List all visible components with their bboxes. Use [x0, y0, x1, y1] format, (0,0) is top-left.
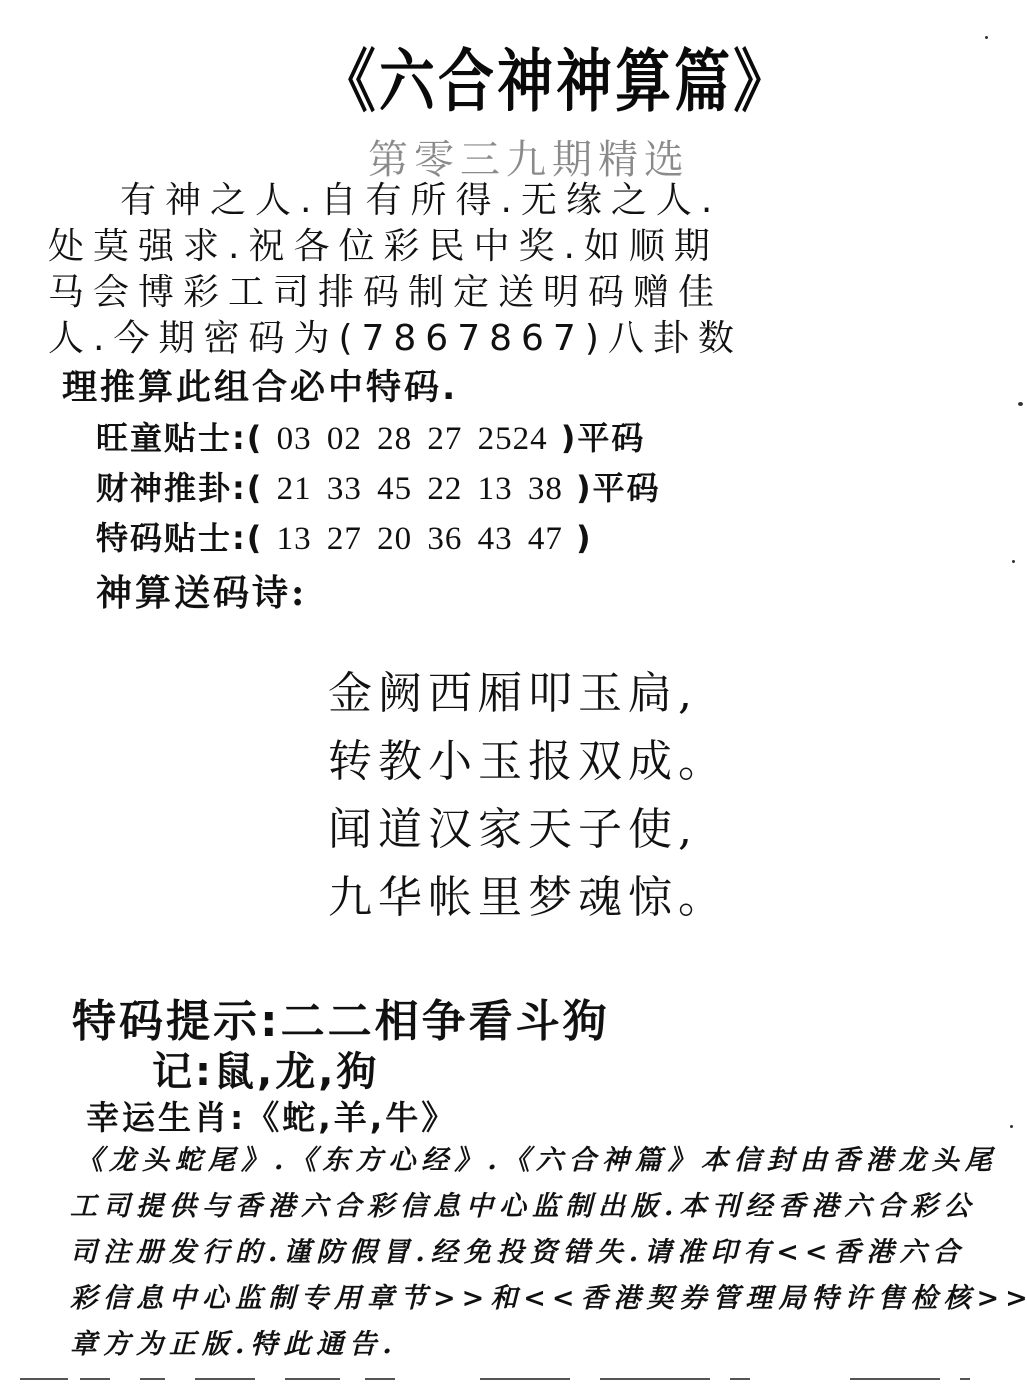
scan-artifact [600, 1378, 710, 1380]
scan-artifact [1018, 402, 1023, 406]
poem: 金阙西厢叩玉扃, 转教小玉报双成。 闻道汉家天子使, 九华帐里梦魂惊。 [328, 660, 728, 932]
poem-line: 转教小玉报双成。 [328, 728, 728, 796]
scan-artifact [80, 1378, 110, 1380]
issue-subtitle: 第零三九期精选 [368, 128, 690, 185]
scan-artifact [195, 1378, 255, 1380]
scan-artifact [365, 1378, 395, 1380]
notice-line: 司注册发行的.谨防假冒.经免投资错失.请准印有<<香港六合 [70, 1230, 1027, 1276]
scan-artifact [285, 1378, 340, 1380]
pick-suffix: ) [576, 519, 593, 557]
document-title: 《六合神神算篇》 [320, 28, 792, 125]
poem-line: 金阙西厢叩玉扃, [328, 660, 728, 728]
scan-artifact [985, 36, 988, 39]
memo-zodiacs: 记:鼠,龙,狗 [152, 1040, 379, 1097]
scan-artifact [20, 1378, 68, 1380]
pick-row: 财神推卦:( 21 33 45 22 13 38 )平码 [96, 463, 661, 509]
pick-label: 财神推卦:( [96, 469, 263, 507]
intro-line: 处莫强求.祝各位彩民中奖.如顺期 [48, 224, 743, 270]
pick-numbers: 03 02 28 27 2524 [277, 421, 548, 457]
pick-label: 旺童贴士:( [96, 419, 263, 457]
lucky-zodiacs: 幸运生肖:《蛇,羊,牛》 [86, 1092, 457, 1139]
notice-line: 章方为正版.特此通告. [70, 1322, 1027, 1368]
pick-row: 旺童贴士:( 03 02 28 27 2524 )平码 [96, 413, 645, 459]
notice-line: 《龙头蛇尾》.《东方心经》.《六合神篇》本信封由香港龙头尾 [70, 1138, 1027, 1184]
poem-line: 九华帐里梦魂惊。 [328, 864, 728, 932]
intro-line: 马会博彩工司排码制定送明码赠佳 [48, 270, 743, 316]
publisher-notice: 《龙头蛇尾》.《东方心经》.《六合神篇》本信封由香港龙头尾 工司提供与香港六合彩… [70, 1138, 1027, 1368]
scan-artifact [960, 1378, 970, 1380]
pick-suffix: )平码 [561, 419, 646, 457]
intro-line: 有神之人.自有所得.无缘之人. [48, 178, 743, 224]
pick-suffix: )平码 [576, 469, 661, 507]
notice-line: 彩信息中心监制专用章节>>和<<香港契券管理局特许售检核>>的 [70, 1276, 1027, 1322]
pick-label: 特码贴士:( [96, 519, 263, 557]
scan-artifact [480, 1378, 570, 1380]
scan-artifact [140, 1378, 165, 1380]
lead-statement: 理推算此组合必中特码. [62, 360, 458, 410]
scan-artifact [1010, 1125, 1013, 1128]
poem-label: 神算送码诗: [96, 565, 307, 616]
pick-numbers: 21 33 45 22 13 38 [277, 471, 563, 507]
scan-artifact [850, 1378, 940, 1380]
scan-artifact [730, 1378, 750, 1380]
intro-paragraph: 有神之人.自有所得.无缘之人. 处莫强求.祝各位彩民中奖.如顺期 马会博彩工司排… [48, 178, 743, 362]
scan-artifact [1012, 560, 1015, 563]
intro-line: 人.今期密码为(7867867)八卦数 [48, 316, 743, 362]
pick-numbers: 13 27 20 36 43 47 [277, 521, 563, 557]
notice-line: 工司提供与香港六合彩信息中心监制出版.本刊经香港六合彩公 [70, 1184, 1027, 1230]
pick-row: 特码贴士:( 13 27 20 36 43 47 ) [96, 513, 593, 559]
poem-line: 闻道汉家天子使, [328, 796, 728, 864]
